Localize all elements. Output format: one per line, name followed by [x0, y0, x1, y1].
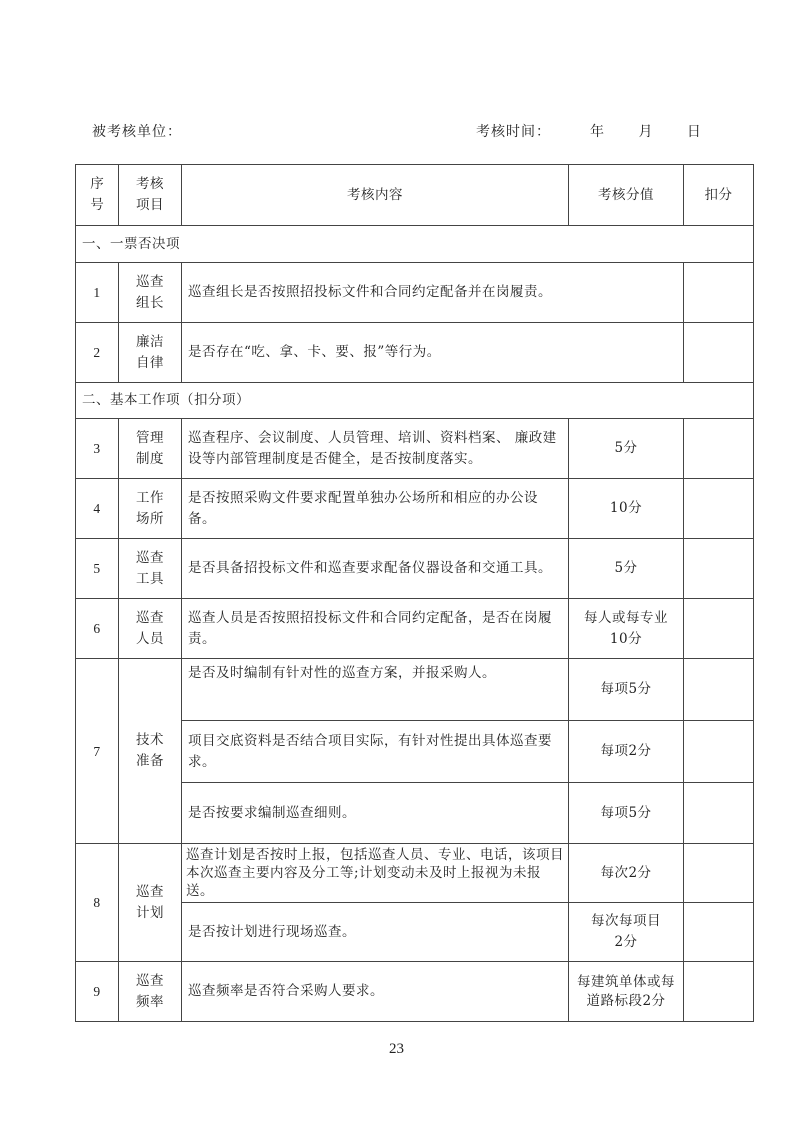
table-row: 1 巡查组长 巡查组长是否按照招投标文件和合同约定配备并在岗履责。 — [76, 263, 754, 323]
table-row: 4 工作场所 是否按照采购文件要求配置单独办公场所和相应的办公设备。 10分 — [76, 479, 754, 539]
row-item: 管理制度 — [119, 419, 182, 479]
row-num: 8 — [76, 844, 119, 962]
row-content: 是否及时编制有针对性的巡查方案，并报采购人。 — [182, 659, 569, 721]
header-deduct: 扣分 — [684, 165, 754, 226]
row-content: 是否按照采购文件要求配置单独办公场所和相应的办公设备。 — [182, 479, 569, 539]
table-row: 7 技术准备 是否及时编制有针对性的巡查方案，并报采购人。 每项5分 — [76, 659, 754, 721]
deduct-cell[interactable] — [684, 844, 754, 903]
deduct-cell[interactable] — [684, 903, 754, 962]
assessed-unit-label: 被考核单位： — [92, 121, 182, 141]
year-label: 年 — [590, 121, 605, 141]
row-content: 项目交底资料是否结合项目实际，有针对性提出具体巡查要求。 — [182, 721, 569, 783]
row-score: 每建筑单体或每道路标段2分 — [569, 962, 684, 1022]
row-item: 巡查人员 — [119, 599, 182, 659]
row-content: 是否按计划进行现场巡查。 — [182, 903, 569, 962]
row-num: 6 — [76, 599, 119, 659]
row-item: 巡查频率 — [119, 962, 182, 1022]
table-row: 2 廉洁自律 是否存在“吃、拿、卡、要、报”等行为。 — [76, 323, 754, 383]
row-num: 1 — [76, 263, 119, 323]
row-score: 每次2分 — [569, 844, 684, 903]
row-content: 是否具备招投标文件和巡查要求配备仪器设备和交通工具。 — [182, 539, 569, 599]
day-label: 日 — [687, 121, 702, 141]
section-title: 一、一票否决项 — [76, 226, 754, 263]
row-item: 巡查计划 — [119, 844, 182, 962]
row-content: 巡查计划是否按时上报，包括巡查人员、专业、电话，该项目本次巡查主要内容及分工等;… — [182, 844, 569, 903]
row-score: 每项2分 — [569, 721, 684, 783]
row-score: 每项5分 — [569, 783, 684, 844]
row-score: 每次每项目2分 — [569, 903, 684, 962]
deduct-cell[interactable] — [684, 962, 754, 1022]
deduct-cell[interactable] — [684, 599, 754, 659]
row-content: 巡查程序、会议制度、人员管理、培训、资料档案、 廉政建设等内部管理制度是否健全，… — [182, 419, 569, 479]
row-score: 每项5分 — [569, 659, 684, 721]
row-content: 是否存在“吃、拿、卡、要、报”等行为。 — [182, 323, 684, 383]
row-item: 巡查工具 — [119, 539, 182, 599]
row-num: 5 — [76, 539, 119, 599]
page-number: 23 — [0, 1041, 793, 1058]
row-score: 5分 — [569, 539, 684, 599]
deduct-cell[interactable] — [684, 783, 754, 844]
header-row: 序号 考核项目 考核内容 考核分值 扣分 — [76, 165, 754, 226]
row-content: 是否按要求编制巡查细则。 — [182, 783, 569, 844]
table-row: 9 巡查频率 巡查频率是否符合采购人要求。 每建筑单体或每道路标段2分 — [76, 962, 754, 1022]
table-row: 3 管理制度 巡查程序、会议制度、人员管理、培训、资料档案、 廉政建设等内部管理… — [76, 419, 754, 479]
row-num: 4 — [76, 479, 119, 539]
header-item: 考核项目 — [119, 165, 182, 226]
section-row: 二、基本工作项（扣分项） — [76, 383, 754, 419]
table-row: 6 巡查人员 巡查人员是否按照招投标文件和合同约定配备，是否在岗履责。 每人或每… — [76, 599, 754, 659]
row-content: 巡查频率是否符合采购人要求。 — [182, 962, 569, 1022]
row-score: 10分 — [569, 479, 684, 539]
deduct-cell[interactable] — [684, 323, 754, 383]
row-num: 3 — [76, 419, 119, 479]
header-content: 考核内容 — [182, 165, 569, 226]
table-row: 5 巡查工具 是否具备招投标文件和巡查要求配备仪器设备和交通工具。 5分 — [76, 539, 754, 599]
row-num: 2 — [76, 323, 119, 383]
row-content: 巡查组长是否按照招投标文件和合同约定配备并在岗履责。 — [182, 263, 684, 323]
row-score: 5分 — [569, 419, 684, 479]
deduct-cell[interactable] — [684, 539, 754, 599]
row-score: 每人或每专业10分 — [569, 599, 684, 659]
assessment-table: 序号 考核项目 考核内容 考核分值 扣分 一、一票否决项 1 巡查组长 巡查组长… — [75, 164, 754, 1022]
deduct-cell[interactable] — [684, 721, 754, 783]
row-item: 工作场所 — [119, 479, 182, 539]
section-row: 一、一票否决项 — [76, 226, 754, 263]
row-item: 廉洁自律 — [119, 323, 182, 383]
row-item: 巡查组长 — [119, 263, 182, 323]
row-content: 巡查人员是否按照招投标文件和合同约定配备，是否在岗履责。 — [182, 599, 569, 659]
section-title: 二、基本工作项（扣分项） — [76, 383, 754, 419]
row-num: 7 — [76, 659, 119, 844]
assessment-time-label: 考核时间： — [476, 121, 551, 141]
deduct-cell[interactable] — [684, 479, 754, 539]
month-label: 月 — [638, 121, 653, 141]
table-row: 8 巡查计划 巡查计划是否按时上报，包括巡查人员、专业、电话，该项目本次巡查主要… — [76, 844, 754, 903]
deduct-cell[interactable] — [684, 659, 754, 721]
deduct-cell[interactable] — [684, 419, 754, 479]
assessment-date: 年 月 日 — [590, 121, 702, 141]
header-score: 考核分值 — [569, 165, 684, 226]
row-item: 技术准备 — [119, 659, 182, 844]
row-num: 9 — [76, 962, 119, 1022]
header-num: 序号 — [76, 165, 119, 226]
deduct-cell[interactable] — [684, 263, 754, 323]
